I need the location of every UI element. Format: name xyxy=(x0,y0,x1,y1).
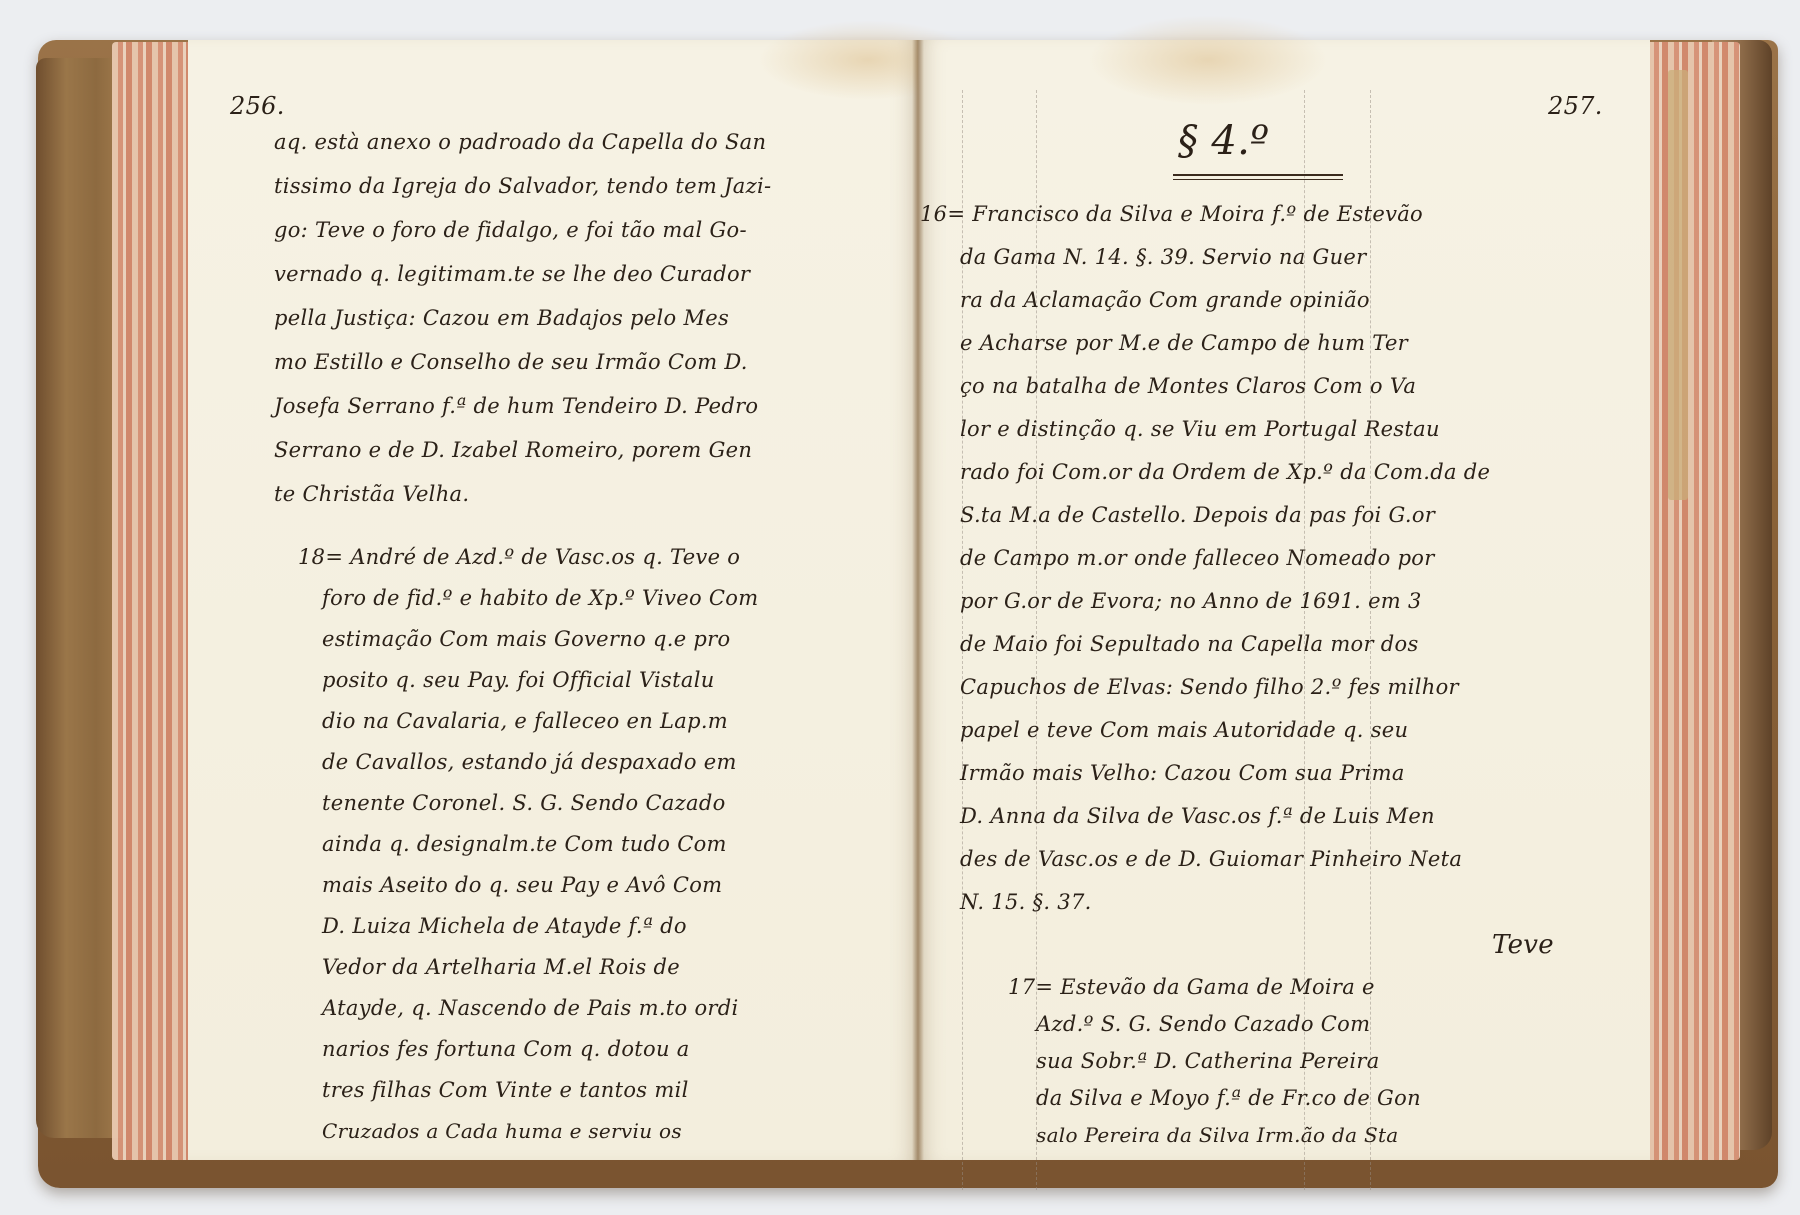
text-line: ço na batalha de Montes Claros Com o Va xyxy=(960,374,1416,398)
catchword: Teve xyxy=(1492,930,1554,960)
book-gutter xyxy=(912,40,924,1160)
text-line: ra da Aclamação Com grande opinião xyxy=(960,288,1370,312)
section-title: § 4.º xyxy=(1178,118,1269,164)
text-line: de Maio foi Sepultado na Capella mor dos xyxy=(960,632,1419,656)
water-stain xyxy=(1088,15,1328,105)
text-line: da Silva e Moyo f.ª de Fr.co de Gon xyxy=(1036,1086,1421,1110)
right-page: 257. § 4.º 16= Francisco da Silva e Moir… xyxy=(918,40,1650,1160)
text-line: Azd.º S. G. Sendo Cazado Com xyxy=(1036,1012,1370,1036)
text-line: e Acharse por M.e de Campo de hum Ter xyxy=(960,331,1408,355)
text-line: 17= Estevão da Gama de Moira e xyxy=(1008,975,1375,999)
text-line: de Campo m.or onde falleceo Nomeado por xyxy=(960,546,1435,570)
text-line: Irmão mais Velho: Cazou Com sua Prima xyxy=(960,761,1405,785)
text-line: S.ta M.a de Castello. Depois da pas foi … xyxy=(960,503,1435,527)
text-line: rado foi Com.or da Ordem de Xp.º da Com.… xyxy=(960,460,1490,484)
text-line: 16= Francisco da Silva e Moira f.º de Es… xyxy=(920,202,1423,226)
text-line: papel e teve Com mais Autoridade q. seu xyxy=(960,718,1408,742)
text-line: da Gama N. 14. §. 39. Servio na Guer xyxy=(960,245,1366,269)
text-line: des de Vasc.os e de D. Guiomar Pinheiro … xyxy=(960,847,1462,871)
text-line: lor e distinção q. se Viu em Portugal Re… xyxy=(960,417,1440,441)
text-line: por G.or de Evora; no Anno de 1691. em 3 xyxy=(960,589,1422,613)
sprinkled-page-edge-left xyxy=(112,42,188,1160)
text-line: N. 15. §. 37. xyxy=(960,890,1092,914)
text-line: Capuchos de Elvas: Sendo filho 2.º fes m… xyxy=(960,675,1459,699)
section-title-underline xyxy=(1173,174,1343,180)
page-number: 257. xyxy=(1548,92,1603,120)
left-page-bottom xyxy=(188,40,918,1160)
text-line: D. Anna da Silva de Vasc.os f.ª de Luis … xyxy=(960,804,1435,828)
cover-left-flap xyxy=(36,58,122,1138)
sprinkled-page-edge-right xyxy=(1648,42,1740,1160)
text-line: sua Sobr.ª D. Catherina Pereira xyxy=(1036,1049,1380,1073)
torn-paper-tab xyxy=(1668,70,1688,500)
